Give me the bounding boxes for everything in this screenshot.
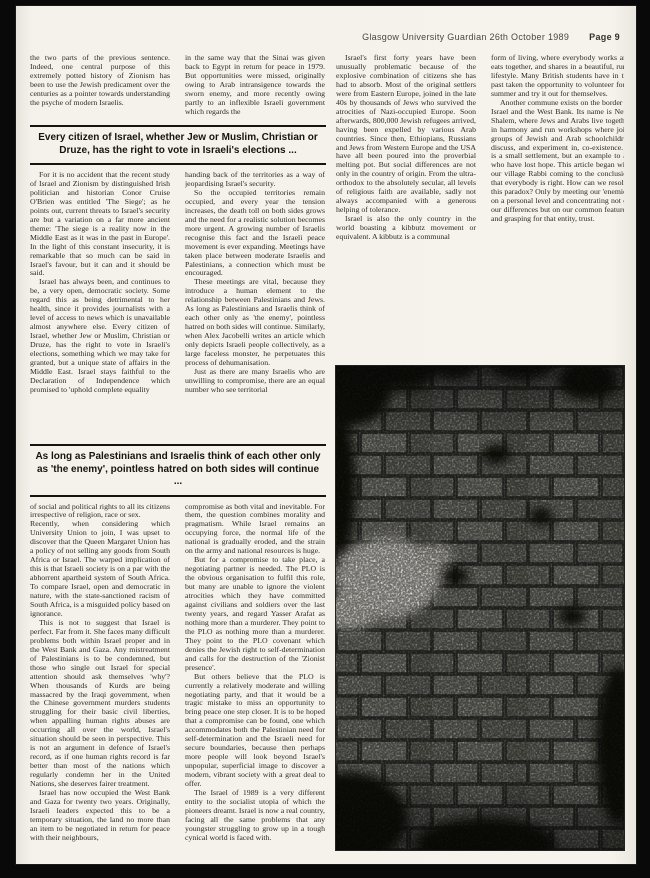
top-text-band: the two parts of the previous sentence. … [30,54,326,120]
middle-text-band: For it is no accident that the recent st… [30,171,326,439]
column-2-middle: handing back of the territories as a way… [185,171,325,439]
body-paragraph: But for a compromise to take place, a ne… [185,556,325,672]
body-paragraph: of social and political rights to all it… [30,503,170,521]
page-number: Page 9 [589,32,620,42]
column-1-top: the two parts of the previous sentence. … [30,54,170,120]
body-paragraph: So the occupied territories remain occup… [185,189,325,279]
pull-quote-1: Every citizen of Israel, whether Jew or … [30,125,326,165]
body-paragraph: form of living, where everybody works an… [491,54,624,99]
body-paragraph: the two parts of the previous sentence. … [30,54,170,108]
left-column-region: the two parts of the previous sentence. … [30,54,326,878]
body-paragraph: For it is no accident that the recent st… [30,171,170,278]
body-paragraph: But others believe that the PLO is curre… [185,673,325,789]
column-3: Israel's first forty years have been unu… [336,54,476,366]
body-paragraph: Israel's first forty years have been unu… [336,54,476,215]
column-1-middle: For it is no accident that the recent st… [30,171,170,439]
body-paragraph: These meetings are vital, because they i… [185,278,325,368]
pull-quote-2: As long as Palestinians and Israelis thi… [30,444,326,497]
scan-border: Glasgow University Guardian 26th October… [0,0,650,878]
newspaper-page: Glasgow University Guardian 26th October… [16,6,636,864]
right-text-band: Israel's first forty years have been unu… [336,54,624,366]
column-1-bottom: of social and political rights to all it… [30,503,170,878]
body-paragraph: Another commune exists on the border of … [491,99,624,224]
body-paragraph: Israel has now occupied the West Bank an… [30,789,170,843]
body-paragraph: Recently, when considering which Univers… [30,520,170,618]
body-paragraph: compromise as both vital and inevitable.… [185,503,325,557]
bottom-text-band: of social and political rights to all it… [30,503,326,878]
page-header: Glasgow University Guardian 26th October… [16,32,620,42]
body-paragraph: The Israel of 1989 is a very different e… [185,789,325,843]
body-paragraph: Israel has always been, and continues to… [30,278,170,394]
column-2-bottom: compromise as both vital and inevitable.… [185,503,325,878]
stone-wall-photo [336,366,624,850]
body-paragraph: This is not to suggest that Israel is pe… [30,619,170,789]
body-paragraph: handing back of the territories as a way… [185,171,325,189]
body-paragraph: in the same way that the Sinai was given… [185,54,325,117]
masthead-text: Glasgow University Guardian 26th October… [362,32,569,42]
body-paragraph: Just as there are many Israelis who are … [185,368,325,395]
body-paragraph: Israel is also the only country in the w… [336,215,476,242]
column-4: form of living, where everybody works an… [491,54,624,366]
right-column-region: Israel's first forty years have been unu… [336,54,624,850]
column-2-top: in the same way that the Sinai was given… [185,54,325,120]
